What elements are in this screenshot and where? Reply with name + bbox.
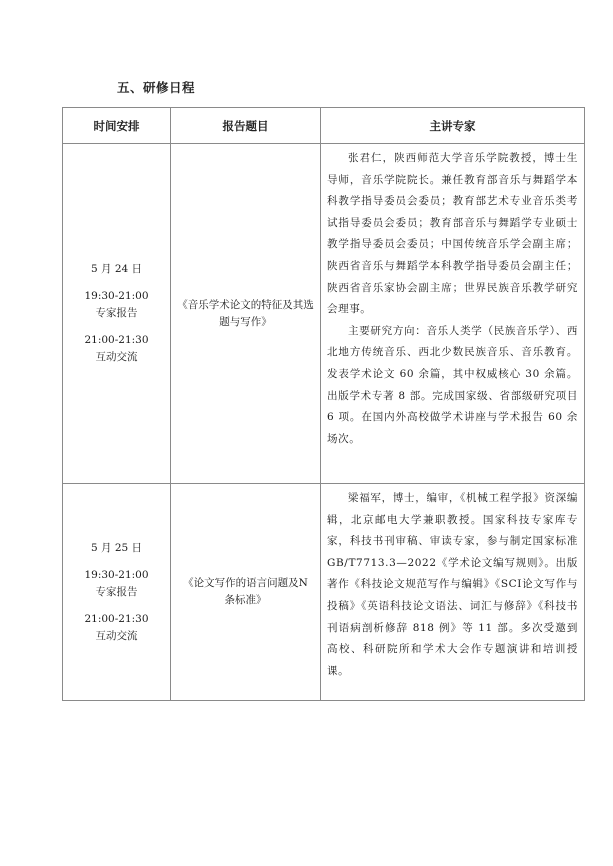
session-date: 5 月 25 日 [67,540,166,557]
topic-cell: 《论文写作的语言问题及N 条标准》 [171,484,321,701]
expert-cell: 梁福军，博士，编审，《机械工程学报》资深编辑，北京邮电大学兼职教授。国家科技专家… [321,484,585,701]
header-expert: 主讲专家 [321,108,585,144]
time-slot: 19:30-21:00 专家报告 [67,288,166,322]
slot-label: 互动交流 [67,628,166,645]
slot-label: 互动交流 [67,349,166,366]
header-time: 时间安排 [63,108,171,144]
slot-label: 专家报告 [67,584,166,601]
time-cell: 5 月 25 日 19:30-21:00 专家报告 21:00-21:30 互动… [63,484,171,701]
slot-time: 19:30-21:00 [67,567,166,584]
section-title: 五、研修日程 [117,78,195,96]
time-slot: 19:30-21:00 专家报告 [67,567,166,601]
expert-bio: 梁福军，博士，编审，《机械工程学报》资深编辑，北京邮电大学兼职教授。国家科技专家… [327,488,578,682]
expert-research: 主要研究方向：音乐人类学（民族音乐学）、西北地方传统音乐、西北少数民族音乐、音乐… [327,321,578,451]
time-slot: 21:00-21:30 互动交流 [67,332,166,366]
topic-cell: 《音乐学术论文的特征及其选题与写作》 [171,144,321,484]
time-slot: 21:00-21:30 互动交流 [67,611,166,645]
expert-bio: 张君仁，陕西师范大学音乐学院教授，博士生导师，音乐学院院长。兼任教育部音乐与舞蹈… [327,148,578,321]
table-header-row: 时间安排 报告题目 主讲专家 [63,108,585,144]
header-topic: 报告题目 [171,108,321,144]
time-cell: 5 月 24 日 19:30-21:00 专家报告 21:00-21:30 互动… [63,144,171,484]
slot-time: 19:30-21:00 [67,288,166,305]
expert-cell: 张君仁，陕西师范大学音乐学院教授，博士生导师，音乐学院院长。兼任教育部音乐与舞蹈… [321,144,585,484]
table-row: 5 月 25 日 19:30-21:00 专家报告 21:00-21:30 互动… [63,484,585,701]
session-date: 5 月 24 日 [67,261,166,278]
schedule-table: 时间安排 报告题目 主讲专家 5 月 24 日 19:30-21:00 专家报告… [62,107,585,701]
table-row: 5 月 24 日 19:30-21:00 专家报告 21:00-21:30 互动… [63,144,585,484]
slot-label: 专家报告 [67,305,166,322]
slot-time: 21:00-21:30 [67,332,166,349]
slot-time: 21:00-21:30 [67,611,166,628]
